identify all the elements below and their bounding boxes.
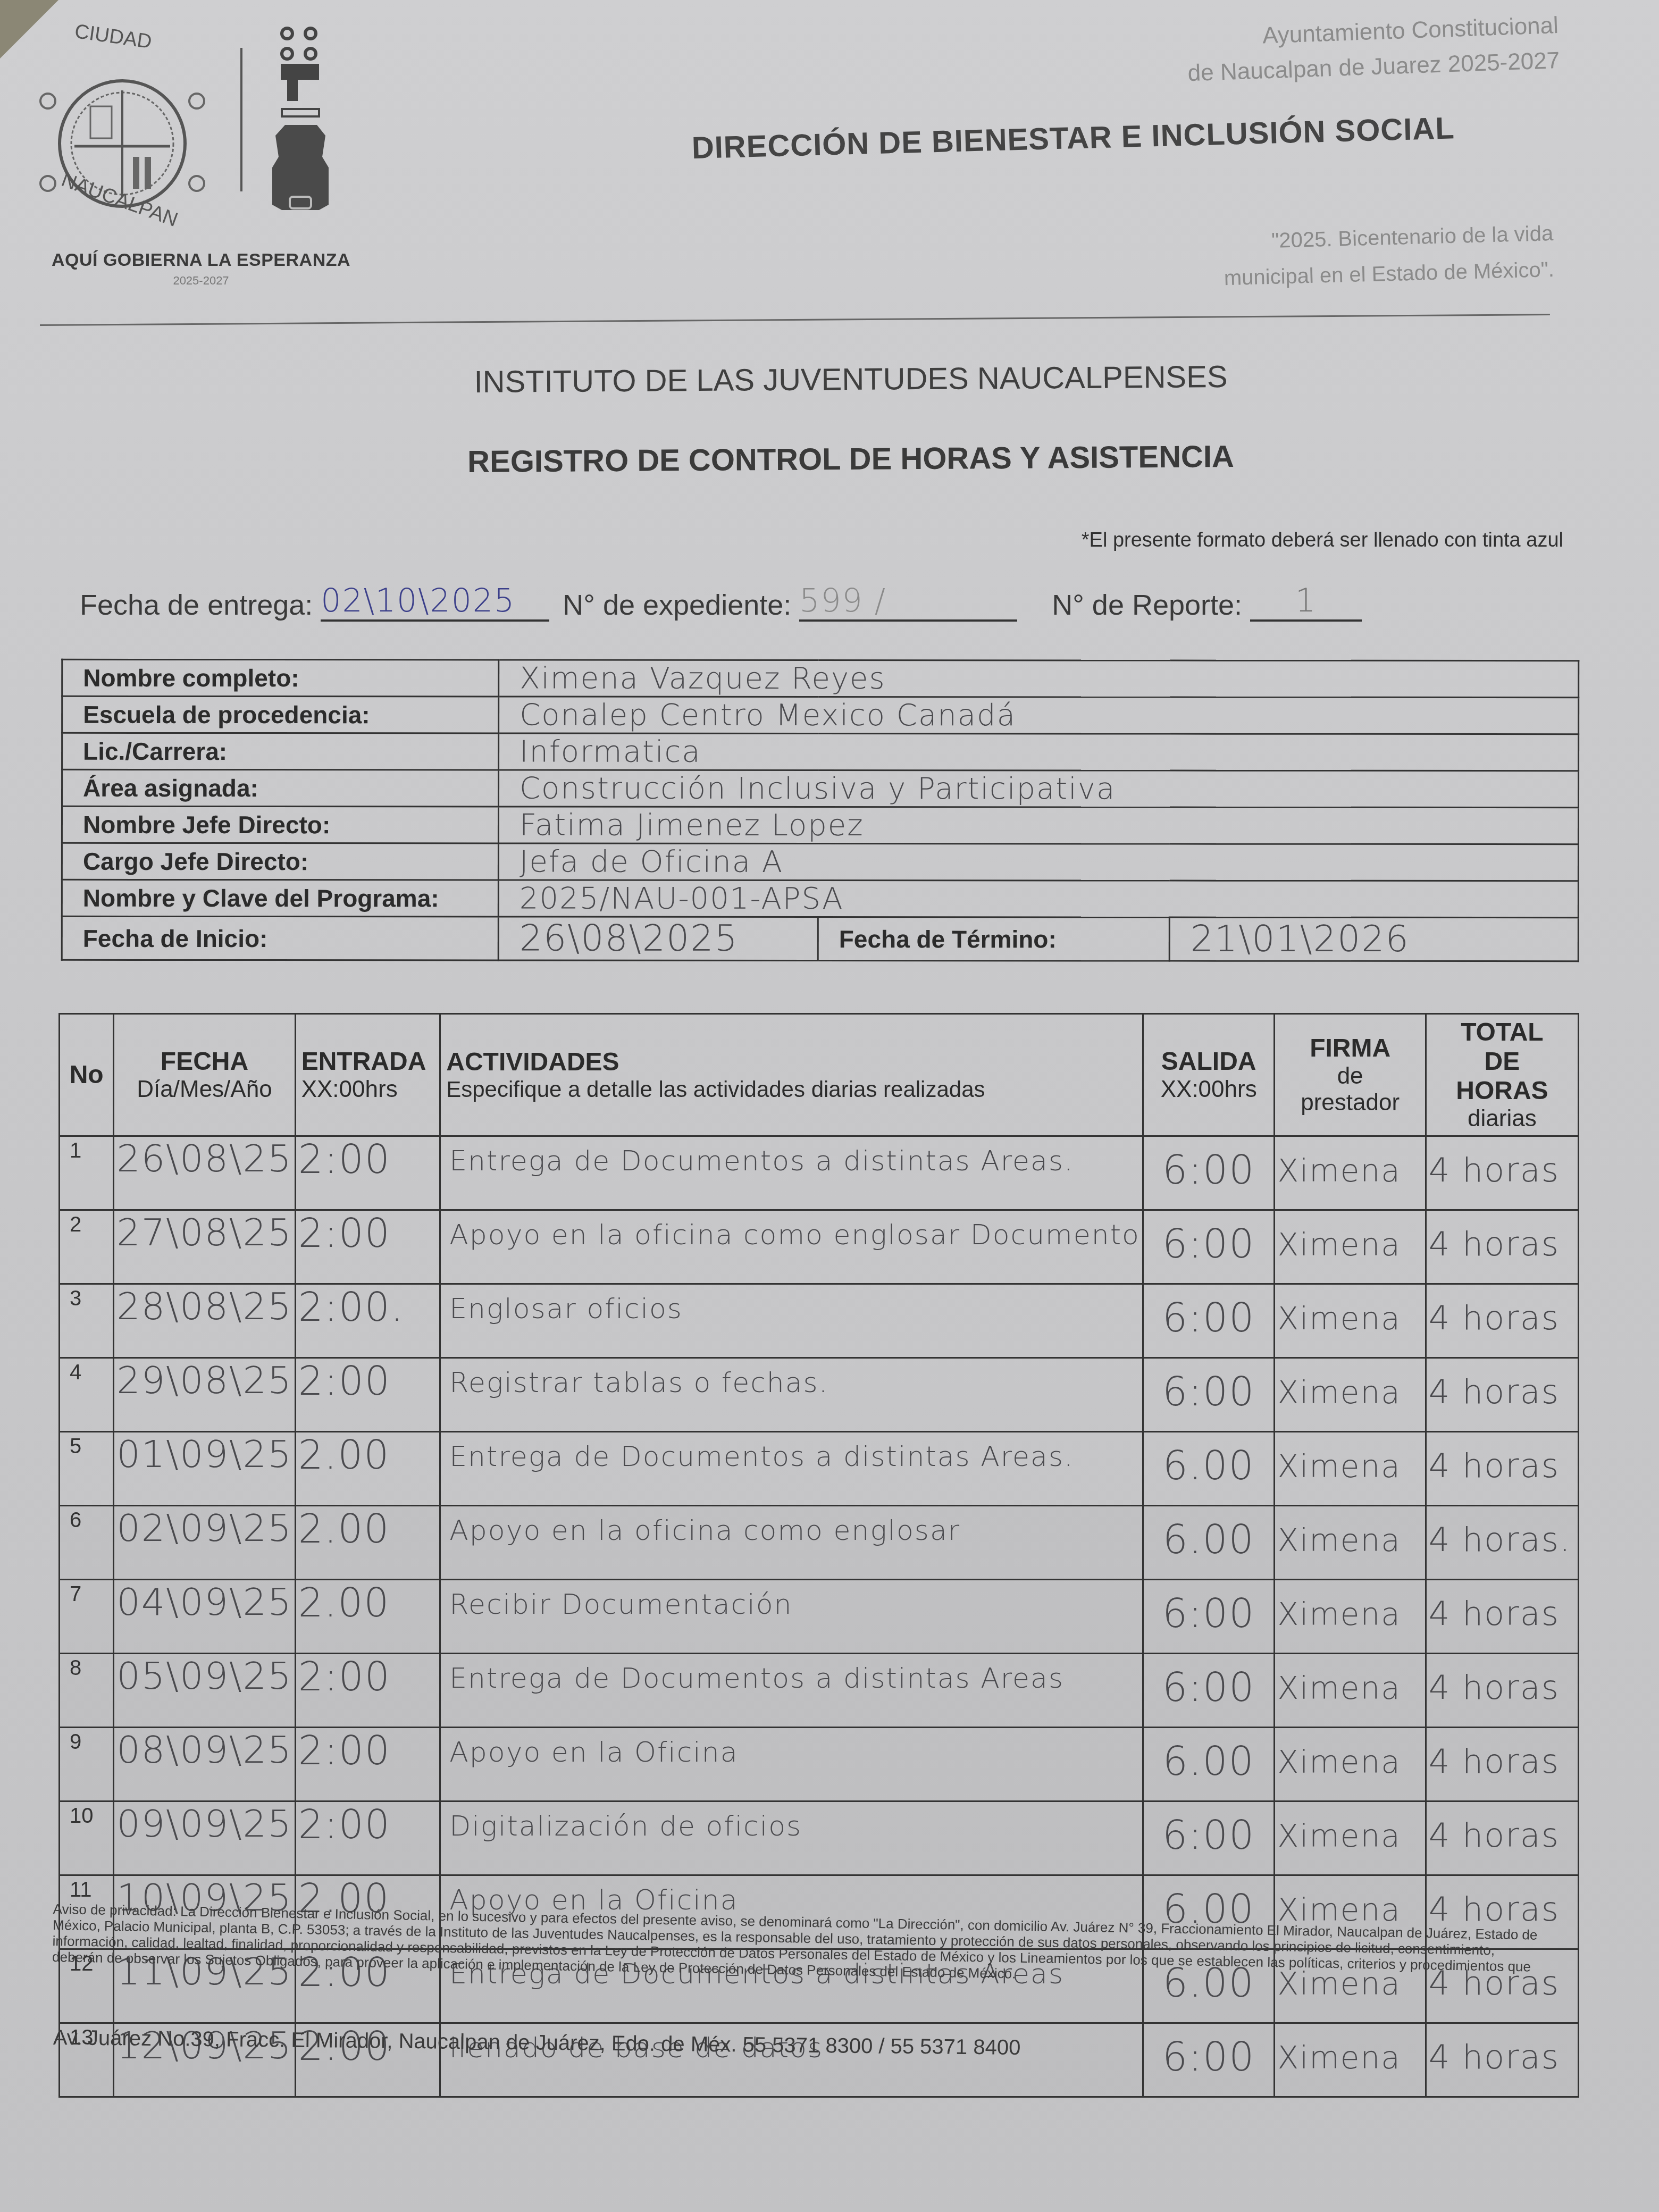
entrada-cell[interactable]: 2:00 [295, 1210, 440, 1284]
col-fecha: FECHADía/Mes/Año [114, 1014, 295, 1136]
firma-cell[interactable]: Ximena [1275, 1210, 1426, 1284]
total-horas-cell[interactable]: 4 horas [1426, 1580, 1578, 1654]
info-row: Nombre y Clave del Programa:2025/NAU-001… [62, 879, 1578, 917]
actividad-cell[interactable]: Apoyo en la oficina como englosar [440, 1506, 1143, 1580]
info-row: Nombre Jefe Directo:Fatima Jimenez Lopez [62, 806, 1578, 844]
fecha-cell[interactable]: 09\09\25 [114, 1802, 295, 1875]
info-label: Escuela de procedencia: [62, 696, 499, 733]
total-horas-cell[interactable]: 4 horas [1426, 1210, 1578, 1284]
salida-cell[interactable]: 6.00 [1143, 1506, 1275, 1580]
col-entrada: ENTRADAXX:00hrs [295, 1014, 440, 1136]
institute-title: INSTITUTO DE LAS JUVENTUDES NAUCALPENSES [0, 356, 1659, 403]
actividad-cell[interactable]: Entrega de Documentos a distintas Areas [440, 1654, 1143, 1728]
total-horas-cell[interactable]: 4 horas [1426, 1358, 1578, 1432]
fecha-cell[interactable]: 27\08\25 [114, 1210, 295, 1284]
actividad-cell[interactable]: Apoyo en la Oficina [440, 1728, 1143, 1802]
fecha-cell[interactable]: 04\09\25 [114, 1580, 295, 1654]
firma-cell[interactable]: Ximena [1275, 1136, 1426, 1210]
log-header-row: No FECHADía/Mes/Año ENTRADAXX:00hrs ACTI… [60, 1014, 1579, 1136]
actividad-cell[interactable]: Entrega de Documentos a distintas Areas. [440, 1432, 1143, 1506]
log-row: 704\09\252.00Recibir Documentación6:00Xi… [60, 1580, 1579, 1654]
ink-note: *El presente formato deberá ser llenado … [1082, 529, 1563, 552]
fecha-entrega-label: Fecha de entrega: [80, 589, 313, 622]
log-row: 1009\09\252:00Digitalización de oficios6… [60, 1802, 1579, 1875]
expediente-label: N° de expediente: [563, 589, 791, 622]
row-number: 5 [60, 1432, 114, 1506]
actividad-cell[interactable]: Recibir Documentación [440, 1580, 1143, 1654]
firma-cell[interactable]: Ximena [1275, 1654, 1426, 1728]
salida-cell[interactable]: 6:00 [1143, 1580, 1275, 1654]
log-row: 328\08\252:00.Englosar oficios6:00Ximena… [60, 1284, 1579, 1358]
total-horas-cell[interactable]: 4 horas [1426, 1432, 1578, 1506]
info-label: Nombre completo: [62, 659, 499, 697]
total-horas-cell[interactable]: 4 horas [1426, 1284, 1578, 1358]
total-horas-cell[interactable]: 4 horas [1426, 1136, 1578, 1210]
fecha-cell[interactable]: 01\09\25 [114, 1432, 295, 1506]
fecha-termino-label: Fecha de Término: [818, 917, 1169, 961]
info-label: Nombre Jefe Directo: [62, 806, 498, 843]
actividad-cell[interactable]: Digitalización de oficios [440, 1802, 1143, 1875]
info-row: Cargo Jefe Directo:Jefa de Oficina A [62, 843, 1578, 881]
firma-cell[interactable]: Ximena [1275, 1358, 1426, 1432]
expediente-field[interactable]: 599 / [799, 582, 1017, 622]
log-row: 429\08\252:00Registrar tablas o fechas.6… [60, 1358, 1579, 1432]
entrada-cell[interactable]: 2:00. [295, 1284, 440, 1358]
log-row: 126\08\252:00Entrega de Documentos a dis… [60, 1136, 1579, 1210]
firma-cell[interactable]: Ximena [1275, 1580, 1426, 1654]
info-label: Área asignada: [62, 769, 499, 807]
fecha-cell[interactable]: 28\08\25 [114, 1284, 295, 1358]
logo-divider [240, 48, 242, 191]
actividad-cell[interactable]: Entrega de Documentos a distintas Areas. [440, 1136, 1143, 1210]
info-row: Nombre completo:Ximena Vazquez Reyes [62, 659, 1579, 697]
firma-cell[interactable]: Ximena [1275, 1802, 1426, 1875]
total-horas-cell[interactable]: 4 horas. [1426, 1506, 1578, 1580]
col-no: No [60, 1014, 114, 1136]
total-horas-cell[interactable]: 4 horas [1426, 1654, 1578, 1728]
fecha-entrega-field[interactable]: 02\10\2025 [321, 582, 549, 622]
info-label: Lic./Carrera: [62, 733, 499, 770]
row-number: 10 [60, 1802, 114, 1875]
info-value-field[interactable]: Jefa de Oficina A [498, 843, 1578, 881]
row-number: 4 [60, 1358, 114, 1432]
salida-cell[interactable]: 6.00 [1143, 1728, 1275, 1802]
actividad-cell[interactable]: Registrar tablas o fechas. [440, 1358, 1143, 1432]
info-row: Escuela de procedencia:Conalep Centro Me… [62, 696, 1579, 734]
fecha-cell[interactable]: 05\09\25 [114, 1654, 295, 1728]
bicentenario-motto: "2025. Bicentenario de la vida municipal… [1222, 215, 1555, 296]
row-number: 8 [60, 1654, 114, 1728]
col-total: TOTALDEHORASdiarias [1426, 1014, 1578, 1136]
info-label: Nombre y Clave del Programa: [62, 879, 498, 917]
log-row: 908\09\252:00Apoyo en la Oficina6.00Xime… [60, 1728, 1579, 1802]
actividad-cell[interactable]: Apoyo en la oficina como englosar Docume… [440, 1210, 1143, 1284]
firma-cell[interactable]: Ximena [1275, 1728, 1426, 1802]
firma-cell[interactable]: Ximena [1275, 1506, 1426, 1580]
fecha-cell[interactable]: 26\08\25 [114, 1136, 295, 1210]
salida-cell[interactable]: 6:00 [1143, 2023, 1275, 2097]
info-value-field[interactable]: 2025/NAU-001-APSA [498, 880, 1578, 918]
reporte-label: N° de Reporte: [1052, 589, 1242, 622]
salida-cell[interactable]: 6:00 [1143, 1358, 1275, 1432]
ayuntamiento-heading: Ayuntamiento Constitucional de Naucalpan… [1186, 8, 1561, 91]
salida-cell[interactable]: 6.00 [1143, 1432, 1275, 1506]
institute-glyph-icon [266, 24, 367, 221]
salida-cell[interactable]: 6:00 [1143, 1802, 1275, 1875]
info-value-field[interactable]: Conalep Centro Mexico Canadá [499, 697, 1579, 734]
firma-cell[interactable]: Ximena [1275, 1284, 1426, 1358]
row-number: 9 [60, 1728, 114, 1802]
entrada-cell[interactable]: 2:00 [295, 1802, 440, 1875]
actividad-cell[interactable]: Englosar oficios [440, 1284, 1143, 1358]
fecha-termino-field[interactable]: 21\01\2026 [1169, 917, 1578, 961]
firma-cell[interactable]: Ximena [1275, 2023, 1426, 2097]
log-row: 805\09\252:00Entrega de Documentos a dis… [60, 1654, 1579, 1728]
firma-cell[interactable]: Ximena [1275, 1432, 1426, 1506]
form-title: REGISTRO DE CONTROL DE HORAS Y ASISTENCI… [0, 435, 1659, 483]
direccion-heading: DIRECCIÓN DE BIENESTAR E INCLUSIÓN SOCIA… [691, 110, 1455, 166]
entrada-cell[interactable]: 2.00 [295, 1432, 440, 1506]
slogan: AQUÍ GOBIERNA LA ESPERANZA [36, 250, 366, 271]
col-firma: FIRMAdeprestador [1275, 1014, 1426, 1136]
salida-cell[interactable]: 6:00 [1143, 1136, 1275, 1210]
total-horas-cell[interactable]: 4 horas [1426, 2023, 1578, 2097]
log-row: 602\09\252.00Apoyo en la oficina como en… [60, 1506, 1579, 1580]
total-horas-cell[interactable]: 4 horas [1426, 1802, 1578, 1875]
row-number: 3 [60, 1284, 114, 1358]
info-row-dates: Fecha de Inicio:26\08\2025Fecha de Térmi… [62, 916, 1578, 961]
entrada-cell[interactable]: 2:00 [295, 1358, 440, 1432]
submission-meta: Fecha de entrega: 02\10\2025 N° de exped… [80, 582, 1462, 622]
fecha-cell[interactable]: 08\09\25 [114, 1728, 295, 1802]
info-value-field[interactable]: Informatica [499, 733, 1579, 771]
entrada-cell[interactable]: 2:00 [295, 1136, 440, 1210]
total-horas-cell[interactable]: 4 horas [1426, 1728, 1578, 1802]
row-number: 1 [60, 1136, 114, 1210]
row-number: 7 [60, 1580, 114, 1654]
entrada-cell[interactable]: 2.00 [295, 1580, 440, 1654]
fecha-inicio-field[interactable]: 26\08\2025 [498, 917, 818, 961]
entrada-cell[interactable]: 2:00 [295, 1654, 440, 1728]
row-number: 6 [60, 1506, 114, 1580]
salida-cell[interactable]: 6:00 [1143, 1210, 1275, 1284]
entrada-cell[interactable]: 2:00 [295, 1728, 440, 1802]
log-row: 227\08\252:00Apoyo en la oficina como en… [60, 1210, 1579, 1284]
row-number: 2 [60, 1210, 114, 1284]
info-value-field[interactable]: Fatima Jimenez Lopez [498, 807, 1578, 844]
header-divider [40, 314, 1550, 326]
log-row: 501\09\252.00Entrega de Documentos a dis… [60, 1432, 1579, 1506]
fecha-cell[interactable]: 29\08\25 [114, 1358, 295, 1432]
reporte-field[interactable]: 1 [1250, 582, 1362, 622]
info-label: Cargo Jefe Directo: [62, 843, 498, 880]
fecha-cell[interactable]: 02\09\25 [114, 1506, 295, 1580]
student-info-table: Nombre completo:Ximena Vazquez ReyesEscu… [61, 659, 1579, 962]
info-row: Área asignada:Construcción Inclusiva y P… [62, 769, 1579, 807]
entrada-cell[interactable]: 2.00 [295, 1506, 440, 1580]
salida-cell[interactable]: 6:00 [1143, 1284, 1275, 1358]
salida-cell[interactable]: 6:00 [1143, 1654, 1275, 1728]
info-value-field[interactable]: Construcción Inclusiva y Participativa [499, 770, 1579, 808]
info-value-field[interactable]: Ximena Vazquez Reyes [499, 660, 1579, 698]
col-salida: SALIDAXX:00hrs [1143, 1014, 1275, 1136]
slogan-years: 2025-2027 [36, 274, 366, 288]
info-row: Lic./Carrera:Informatica [62, 733, 1579, 770]
col-actividades: ACTIVIDADESEspecifique a detalle las act… [440, 1014, 1143, 1136]
fecha-inicio-label: Fecha de Inicio: [62, 916, 498, 960]
